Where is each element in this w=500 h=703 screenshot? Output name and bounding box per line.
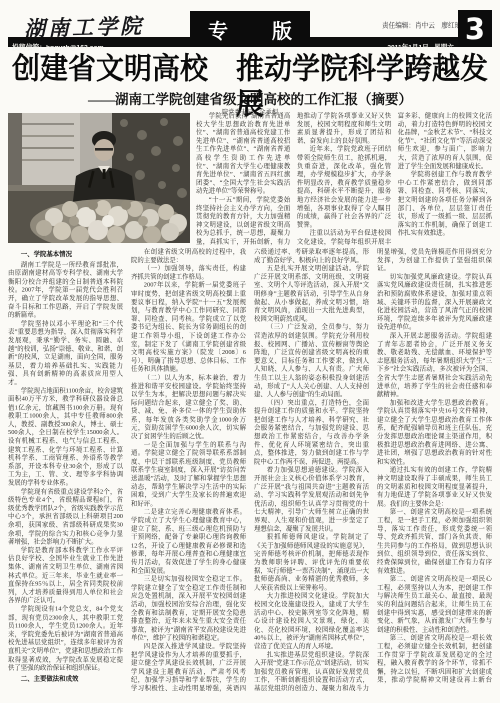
date-bar: 2011年1月1日星期六 bbox=[310, 37, 458, 47]
body-paragraph: 狠抓师德师风建设。学院制定了《关于加强师德师风建设的实施意见》，完善师德考核评价… bbox=[254, 533, 369, 592]
body-paragraph: 学院现占地面积1100余亩，校舍建筑面积40万平方米，教学科研仪器设备总值1亿余… bbox=[8, 387, 123, 488]
body-paragraph: 切实加强党风廉政建设。学院认真落实党风廉政建设责任制，扎实推进惩治和预防腐败体系… bbox=[377, 273, 492, 332]
body-paragraph: 在创建省级文明高校的过程中，我院的主要做法是： bbox=[131, 248, 246, 265]
body-paragraph: （二）以人为本，标本兼治，着力推进和谐平安校园建设。学院始终坚持以学生为本，把解… bbox=[131, 374, 246, 441]
body-paragraph: 学院坚持以邓小平理论和“三个代表”重要思想为指导，深入贯彻落实科学发展观，秉承“… bbox=[8, 320, 123, 387]
body-paragraph: 学院现有省级重点建设学科2个，省级特色专业4个，省级精品课程8门，省级优秀教学团… bbox=[8, 488, 123, 547]
section-heading: 二、主要做法和成效 bbox=[8, 675, 123, 683]
body-paragraph: 学院是教育部本科教学工作水平评估良好学校、全国毕业生就业工作先进集体、湖南省文明… bbox=[8, 547, 123, 606]
special-edition-banner: 专 版 bbox=[190, 11, 310, 47]
body-paragraph: 湖南工学院是一所经教育部批准，由原湖南建材高等专科学校、湖南大学衡阳分校合并组建… bbox=[8, 261, 123, 320]
newspaper-page: 湖南工学院 投稿信箱：hngyzb@163.com 专 版 责任编辑：肖中云 廖… bbox=[0, 0, 500, 703]
byline: 院党委书记 全承相 bbox=[8, 102, 492, 112]
body-paragraph: 一是全面加强与学生的联系与沟通。学院建立健全了院领导联系系部制度、中层干部联系班… bbox=[131, 441, 246, 508]
body-paragraph: 二是建立完善心理健康教育体系。学院成立了大学生心理健康教育中心，建立了院、系、班… bbox=[131, 508, 246, 575]
section-heading: 一、学院基本情况 bbox=[8, 251, 123, 259]
article-columns-bottom-text: 一、学院基本情况湖南工学院是一所经教育部批准，由原湖南建材高等专科学校、湖南大学… bbox=[8, 248, 492, 697]
body-paragraph: 大力推进校园文化建设。学院加大校园文化设施建设投入，建成了大学生活动中心、校史陈… bbox=[254, 592, 369, 651]
body-paragraph: 第二、创建省文明高校是一项民心工程，必须坚持以人为本，把创建工作与解决师生员工最… bbox=[377, 575, 492, 634]
editors-line: 责任编辑：肖中云 廖红瑶 bbox=[382, 15, 458, 27]
body-paragraph: 着力加强思想道德建设。学院深入开展社会主义核心价值体系学习教育，广泛开展“我与祖… bbox=[254, 466, 369, 533]
body-paragraph: 三是切实加强校园安全稳定工作。学院建立健全了安全稳定工作责任制和应急处置机制，深… bbox=[131, 575, 246, 642]
speaker-photo bbox=[8, 113, 190, 243]
body-paragraph: 学院先后获得“湖南省普通高校大学生思想政治教育先进单位”、“湖南省普通高校党建工… bbox=[196, 112, 290, 196]
body-paragraph: 2007年以来，学院新一届党委班子审时度势，把创建省级文明高校摆上重要议事日程，… bbox=[131, 282, 246, 374]
body-paragraph: （三）广泛发动，全员参与，努力营造浓厚的创建氛围。学院充分利用校报、校园网、广播… bbox=[254, 324, 369, 400]
submission-email: 投稿信箱：hngyzb@163.com bbox=[12, 37, 147, 47]
editors-text: 责任编辑：肖中云 廖红瑶 bbox=[382, 22, 461, 30]
body-paragraph: 学院将创建工作与教育教学中心工作紧密结合，做到同部署、同检查、同考核、同落实，把… bbox=[398, 171, 492, 238]
page-number: 3 bbox=[458, 10, 492, 47]
body-paragraph: （四）突出重点，打造特色，全面提升创建工作的质量和水平。学院坚持把创建工作与人才… bbox=[254, 399, 369, 466]
body-paragraph: 深入开展志愿服务活动。学院组建了青年志愿者协会，广泛开展义务支教、敬老助残、无偿… bbox=[377, 332, 492, 399]
speaker-photo-graphic bbox=[8, 113, 190, 243]
body-paragraph: 近年来，学院党政班子团结带领全院师生员工，抢抓机遇，负重奋进，深化改革，强化管理… bbox=[297, 146, 391, 230]
article-columns-bottom: 一、学院基本情况湖南工学院是一所经教育部批准，由原湖南建材高等专科学校、湖南大学… bbox=[8, 248, 492, 698]
article-columns-top-text: 学院先后获得“湖南省普通高校大学生思想政治教育先进单位”、“湖南省普通高校党建工… bbox=[196, 112, 492, 247]
body-paragraph: 第一、创建省文明高校是一项系统工程，是一把手工程，必须加强组织领导，落实工作责任… bbox=[377, 508, 492, 575]
body-paragraph: 学院现设有14个党总支，84个党支部，现有党员2300余人，其中教职工党员110… bbox=[8, 605, 123, 672]
body-paragraph: 加强和改进大学生思想政治教育。学院认真贯彻落实中央16号文件精神，建立健全了大学… bbox=[377, 399, 492, 466]
body-paragraph: （一）加强领导，落实责任，构建齐抓共管的创建工作格局。 bbox=[131, 265, 246, 282]
body-paragraph: 通过扎实有效的创建工作，学院精神文明建设取得了丰硕成果，师生员工的文明素质和校园… bbox=[377, 466, 492, 508]
article-columns-top: 学院先后获得“湖南省普通高校大学生思想政治教育先进单位”、“湖南省普通高校党建工… bbox=[196, 112, 492, 247]
body-paragraph: 五是扎实开展文明创建活动。学院广泛开展文明系部、文明班级、文明寝室、文明个人等评… bbox=[254, 265, 369, 324]
